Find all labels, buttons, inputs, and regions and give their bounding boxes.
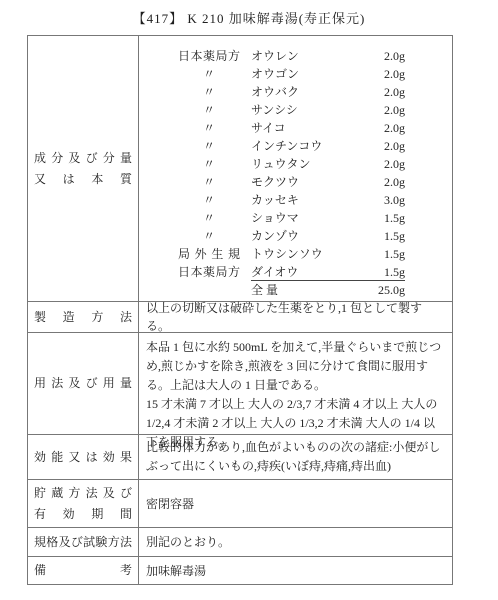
composition-label-line2: 又は本質 <box>34 169 132 190</box>
total-label: 全 量 <box>251 281 350 299</box>
ingredient-source: 局外生規 <box>178 245 240 263</box>
dosage-row: 用法及び用量 本品 1 包に水約 500mL を加えて,半量ぐらいまで煎じつめ,… <box>28 332 452 434</box>
ditto-mark: 〃 <box>178 119 240 137</box>
ditto-mark: 〃 <box>178 83 240 101</box>
ingredient-source: 日本薬局方 <box>178 263 240 281</box>
ditto-mark: 〃 <box>178 65 240 83</box>
specification-row: 規格及び試験方法 別記のとおり。 <box>28 527 452 556</box>
ingredient-amount: 2.0g <box>350 119 405 137</box>
storage-label-line1: 貯蔵方法及び <box>34 483 132 504</box>
manufacturing-label-text: 製造方法 <box>34 307 132 328</box>
efficacy-text: 比較的体力があり,血色がよいものの次の諸症:小便がしぶって出にくいもの,痔疾(い… <box>139 435 452 479</box>
remarks-label-text: 備考 <box>34 560 132 581</box>
ingredient-name: オウゴン <box>251 65 350 83</box>
dosage-paragraph-1: 本品 1 包に水約 500mL を加えて,半量ぐらいまで煎じつめ,煎じかすを除き… <box>146 338 444 395</box>
ingredient-amount: 2.0g <box>350 101 405 119</box>
ingredient-amount: 2.0g <box>350 155 405 173</box>
dosage-label-text: 用法及び用量 <box>34 373 132 394</box>
ditto-mark: 〃 <box>178 227 240 245</box>
ingredient-name: オウレン <box>251 47 350 65</box>
ingredient-name: サイコ <box>251 119 350 137</box>
ingredient-row: 局外生規 トウシンソウ1.5g <box>139 245 452 263</box>
efficacy-label: 効能又は効果 <box>28 435 139 479</box>
total-source-spacer <box>178 281 240 299</box>
remarks-row: 備考 加味解毒湯 <box>28 556 452 584</box>
composition-label: 成分及び分量 又は本質 <box>28 36 139 301</box>
ingredient-row: 〃 カッセキ3.0g <box>139 191 452 209</box>
ingredient-row: 〃 リュウタン2.0g <box>139 155 452 173</box>
composition-row: 成分及び分量 又は本質 日本薬局方 オウレン2.0g 〃 オウゴン2.0g 〃 … <box>28 36 452 301</box>
ingredient-name: オウバク <box>251 83 350 101</box>
ingredient-name: カッセキ <box>251 191 350 209</box>
total-amount: 25.0g <box>350 281 405 299</box>
ingredient-amount: 1.5g <box>350 245 405 263</box>
ditto-mark: 〃 <box>178 173 240 191</box>
monograph-table: 成分及び分量 又は本質 日本薬局方 オウレン2.0g 〃 オウゴン2.0g 〃 … <box>27 35 453 585</box>
ingredient-name: モクツウ <box>251 173 350 191</box>
manufacturing-text: 以上の切断又は破砕した生薬をとり,1 包として製する。 <box>139 302 452 332</box>
ingredient-name: インチンコウ <box>251 137 350 155</box>
ingredient-row: 日本薬局方 オウレン2.0g <box>139 47 452 65</box>
storage-label-line2: 有効期間 <box>34 504 132 525</box>
ingredient-row: 〃 オウバク2.0g <box>139 83 452 101</box>
ingredient-row: 〃 ショウマ1.5g <box>139 209 452 227</box>
ditto-mark: 〃 <box>178 155 240 173</box>
ingredient-source: 日本薬局方 <box>178 47 240 65</box>
composition-content: 日本薬局方 オウレン2.0g 〃 オウゴン2.0g 〃 オウバク2.0g 〃 サ… <box>139 36 452 301</box>
ingredient-amount: 2.0g <box>350 47 405 65</box>
page-title: 【417】 K 210 加味解毒湯(寿正保元) <box>0 8 498 27</box>
remarks-label: 備考 <box>28 557 139 584</box>
ditto-mark: 〃 <box>178 137 240 155</box>
ingredient-name: リュウタン <box>251 155 350 173</box>
ingredient-name: サンシシ <box>251 101 350 119</box>
remarks-text: 加味解毒湯 <box>139 557 452 584</box>
ingredient-row: 〃 モクツウ2.0g <box>139 173 452 191</box>
ingredient-name: トウシンソウ <box>251 245 350 263</box>
ingredient-name: ダイオウ <box>251 263 350 280</box>
ingredient-row: 〃 カンゾウ1.5g <box>139 227 452 245</box>
storage-label: 貯蔵方法及び 有効期間 <box>28 480 139 527</box>
specification-text: 別記のとおり。 <box>139 528 452 556</box>
ingredient-row: 〃 サンシシ2.0g <box>139 101 452 119</box>
specification-label: 規格及び試験方法 <box>28 528 139 556</box>
ingredient-amount: 1.5g <box>350 263 405 280</box>
efficacy-label-text: 効能又は効果 <box>34 447 132 468</box>
storage-text: 密閉容器 <box>139 480 452 527</box>
ingredient-amount: 3.0g <box>350 191 405 209</box>
ditto-mark: 〃 <box>178 191 240 209</box>
ingredient-amount: 1.5g <box>350 227 405 245</box>
ingredient-row: 〃 インチンコウ2.0g <box>139 137 452 155</box>
ingredient-name: カンゾウ <box>251 227 350 245</box>
ingredient-amount: 2.0g <box>350 65 405 83</box>
specification-label-text: 規格及び試験方法 <box>34 532 132 553</box>
storage-row: 貯蔵方法及び 有効期間 密閉容器 <box>28 479 452 527</box>
ingredient-amount: 1.5g <box>350 209 405 227</box>
dosage-label: 用法及び用量 <box>28 333 139 434</box>
manufacturing-row: 製造方法 以上の切断又は破砕した生薬をとり,1 包として製する。 <box>28 301 452 332</box>
efficacy-row: 効能又は効果 比較的体力があり,血色がよいものの次の諸症:小便がしぶって出にくい… <box>28 434 452 479</box>
ingredient-name: ショウマ <box>251 209 350 227</box>
composition-label-line1: 成分及び分量 <box>34 148 132 169</box>
ditto-mark: 〃 <box>178 209 240 227</box>
dosage-content: 本品 1 包に水約 500mL を加えて,半量ぐらいまで煎じつめ,煎じかすを除き… <box>139 333 452 434</box>
ditto-mark: 〃 <box>178 101 240 119</box>
ingredient-amount: 2.0g <box>350 173 405 191</box>
ingredient-amount: 2.0g <box>350 137 405 155</box>
total-row: 全 量25.0g <box>139 281 452 299</box>
ingredient-row: 〃 サイコ2.0g <box>139 119 452 137</box>
ingredient-amount: 2.0g <box>350 83 405 101</box>
ingredient-row: 日本薬局方 ダイオウ1.5g <box>139 263 452 281</box>
manufacturing-label: 製造方法 <box>28 302 139 332</box>
ingredient-row: 〃 オウゴン2.0g <box>139 65 452 83</box>
